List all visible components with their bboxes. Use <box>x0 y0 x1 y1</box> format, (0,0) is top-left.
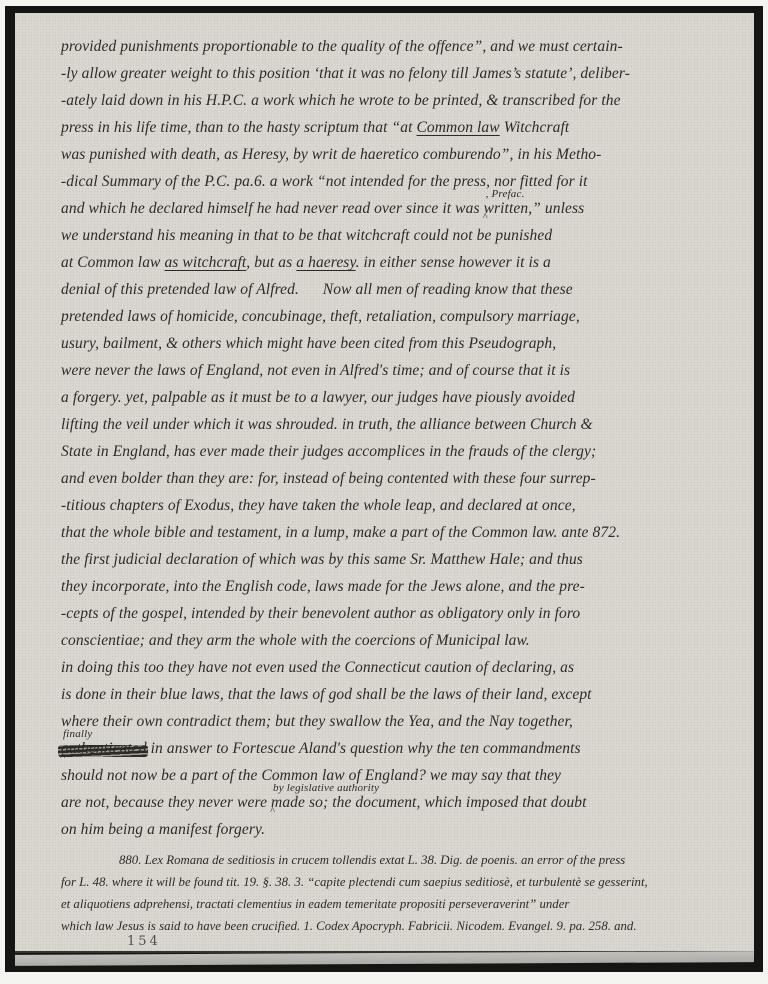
interlined-insertion: by legislative authority <box>273 783 379 794</box>
page-number: 154 <box>127 934 161 949</box>
manuscript-line: provided punishments proportionable to t… <box>61 33 742 60</box>
handwritten-text: Witchcraft <box>500 119 570 136</box>
manuscript-page: provided punishments proportionable to t… <box>15 13 754 953</box>
caret-mark: ^ <box>60 753 64 763</box>
handwritten-text: unless <box>541 200 584 217</box>
handwritten-text: press in his life time, than to the hast… <box>61 119 416 136</box>
footnote: 880. Lex Romana de seditiosis in crucem … <box>61 849 742 937</box>
manuscript-line: -dical Summary of the P.C. pa.6. a work … <box>61 168 742 195</box>
handwritten-text: lifting the veil under which it was shro… <box>61 416 593 433</box>
manuscript-line: denial of this pretended law of Alfred. … <box>61 276 742 303</box>
handwritten-text: were never the laws of England, not even… <box>61 362 570 379</box>
handwritten-text: conscientiae; and they arm the whole wit… <box>61 632 530 649</box>
handwritten-text: where their own contradict them; but the… <box>61 713 573 730</box>
manuscript-line: that the whole bible and testament, in a… <box>61 519 742 546</box>
manuscript-line: were never the laws of England, not even… <box>61 357 742 384</box>
handwritten-text: is done in their blue laws, that the law… <box>61 686 592 703</box>
manuscript-text: provided punishments proportionable to t… <box>61 33 742 843</box>
manuscript-line: -ately laid down in his H.P.C. a work wh… <box>61 87 742 114</box>
manuscript-line: usury, bailment, & others which might ha… <box>61 330 742 357</box>
handwritten-text: denial of this pretended law of Alfred. … <box>61 281 573 298</box>
manuscript-line: conscientiae; and they arm the whole wit… <box>61 627 742 654</box>
handwritten-text: which imposed that doubt <box>420 794 586 811</box>
handwritten-text: . in either sense however it is a <box>356 254 551 271</box>
handwritten-text: was punished with death, as Heresy, by w… <box>61 146 601 163</box>
handwritten-text: in doing this too they have not even use… <box>61 659 574 676</box>
caret-mark: ^ <box>483 213 487 223</box>
handwritten-text: -titious chapters of Exodus, they have t… <box>61 497 576 514</box>
photo-border: provided punishments proportionable to t… <box>5 6 763 972</box>
manuscript-line: in doing this too they have not even use… <box>61 654 742 681</box>
manuscript-line: where their own contradict them; but the… <box>61 708 742 735</box>
manuscript-line: is done in their blue laws, that the law… <box>61 681 742 708</box>
manuscript-line: press in his life time, than to the hast… <box>61 114 742 141</box>
manuscript-line: should not now be a part of the Common l… <box>61 762 742 789</box>
handwritten-text: , but as <box>246 254 296 271</box>
manuscript-line: -titious chapters of Exodus, they have t… <box>61 492 742 519</box>
interlined-insertion: finally <box>63 729 93 740</box>
handwritten-text: State in England, has ever made their ju… <box>61 443 596 460</box>
footnote-line: which law Jesus is said to have been cru… <box>61 915 742 937</box>
struck-out-word: finally^authenticated <box>61 740 147 757</box>
interlined-insertion: , Prefac. <box>486 189 525 200</box>
handwritten-text: -cepts of the gospel, intended by their … <box>61 605 580 622</box>
manuscript-line: -cepts of the gospel, intended by their … <box>61 600 742 627</box>
handwritten-text: on him being a manifest forgery. <box>61 821 265 838</box>
scan-background: provided punishments proportionable to t… <box>0 0 768 984</box>
manuscript-line: -ly allow greater weight to this positio… <box>61 60 742 87</box>
manuscript-line: at Common law as witchcraft, but as a ha… <box>61 249 742 276</box>
handwritten-text: the first judicial declaration of which … <box>61 551 583 568</box>
manuscript-line: and even bolder than they are: for, inst… <box>61 465 742 492</box>
handwritten-text: at Common law <box>61 254 164 271</box>
handwritten-text: , Prefac.^written,” <box>484 200 541 217</box>
manuscript-line: State in England, has ever made their ju… <box>61 438 742 465</box>
handwritten-text: and which he declared himself he had nev… <box>61 200 484 217</box>
handwritten-text: usury, bailment, & others which might ha… <box>61 335 556 352</box>
handwritten-text: we understand his meaning in that to be … <box>61 227 552 244</box>
footnote-line: 880. Lex Romana de seditiosis in crucem … <box>61 849 742 871</box>
handwritten-text: -ately laid down in his H.P.C. a work wh… <box>61 92 621 109</box>
handwritten-text: in answer to Fortescue Aland's question … <box>147 740 581 757</box>
manuscript-line: finally^authenticated in answer to Forte… <box>61 735 742 762</box>
manuscript-line: a forgery. yet, palpable as it must be t… <box>61 384 742 411</box>
handwritten-text: provided punishments proportionable to t… <box>61 38 623 55</box>
handwritten-text: and even bolder than they are: for, inst… <box>61 470 596 487</box>
footnote-line: for L. 48. where it will be found tit. 1… <box>61 871 742 893</box>
handwritten-text: that the whole bible and testament, in a… <box>61 524 620 541</box>
caret-mark: ^ <box>270 807 274 817</box>
handwritten-text: a forgery. yet, palpable as it must be t… <box>61 389 575 406</box>
underlined-text: Common law <box>416 119 499 136</box>
handwritten-text: are not, because they never were <box>61 794 271 811</box>
manuscript-line: and which he declared himself he had nev… <box>61 195 742 222</box>
underlined-text: as witchcraft <box>164 254 246 271</box>
manuscript-line: are not, because they never were by legi… <box>61 789 742 816</box>
manuscript-line: they incorporate, into the English code,… <box>61 573 742 600</box>
manuscript-line: on him being a manifest forgery. <box>61 816 742 843</box>
handwritten-text: they incorporate, into the English code,… <box>61 578 585 595</box>
manuscript-line: lifting the veil under which it was shro… <box>61 411 742 438</box>
footnote-line: et aliquotiens adprehensi, tractati clem… <box>61 893 742 915</box>
handwritten-text: -ly allow greater weight to this positio… <box>61 65 630 82</box>
underlined-text: a haeresy <box>296 254 355 271</box>
handwritten-text: by legislative authority^made so; the do… <box>271 794 420 811</box>
manuscript-line: pretended laws of homicide, concubinage,… <box>61 303 742 330</box>
manuscript-line: was punished with death, as Heresy, by w… <box>61 141 742 168</box>
handwritten-text: pretended laws of homicide, concubinage,… <box>61 308 580 325</box>
page-edge-backing <box>15 951 754 966</box>
manuscript-line: the first judicial declaration of which … <box>61 546 742 573</box>
manuscript-line: we understand his meaning in that to be … <box>61 222 742 249</box>
